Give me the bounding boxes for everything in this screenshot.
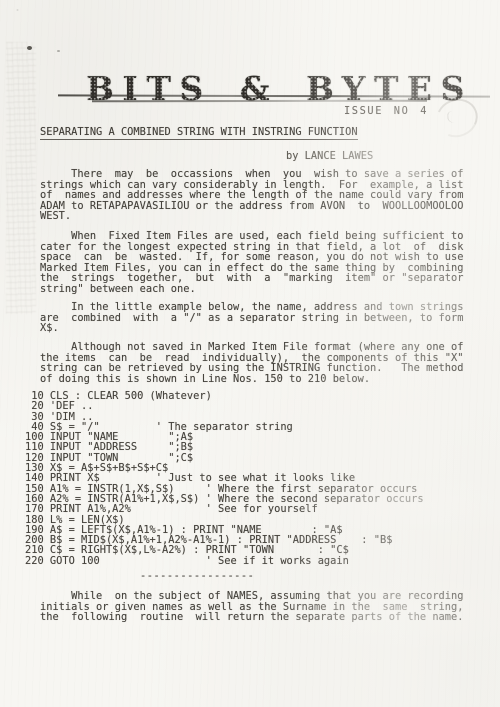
scanned-newsletter-page: BITS & BYTES ISSUE NO 4 SEPARATING A COM… [0, 0, 500, 707]
article-heading: SEPARATING A COMBINED STRING WITH INSTRI… [40, 126, 358, 140]
ink-speck [27, 46, 32, 50]
newsletter-title: BITS & BYTES [86, 69, 473, 108]
closing-paragraph: While on the subject of NAMES, assuming … [40, 591, 463, 623]
paragraph-fixed-item-files: When Fixed Item Files are used, each fie… [40, 231, 463, 295]
paragraph-intro: There may be occassions when you wish to… [40, 169, 463, 222]
issue-number: ISSUE NO 4 [344, 105, 428, 117]
paragraph-example-intro: In the little example below, the name, a… [40, 302, 463, 334]
separator-dashes: ----------------- [140, 570, 254, 582]
basic-code-listing: 10 CLS : CLEAR 500 (Whatever) 20 'DEF ..… [25, 391, 424, 566]
paragraph-instring-method: Although not saved in Marked Item File f… [40, 342, 463, 384]
scan-smudge [6, 42, 36, 314]
byline: by LANCE LAWES [286, 150, 373, 162]
